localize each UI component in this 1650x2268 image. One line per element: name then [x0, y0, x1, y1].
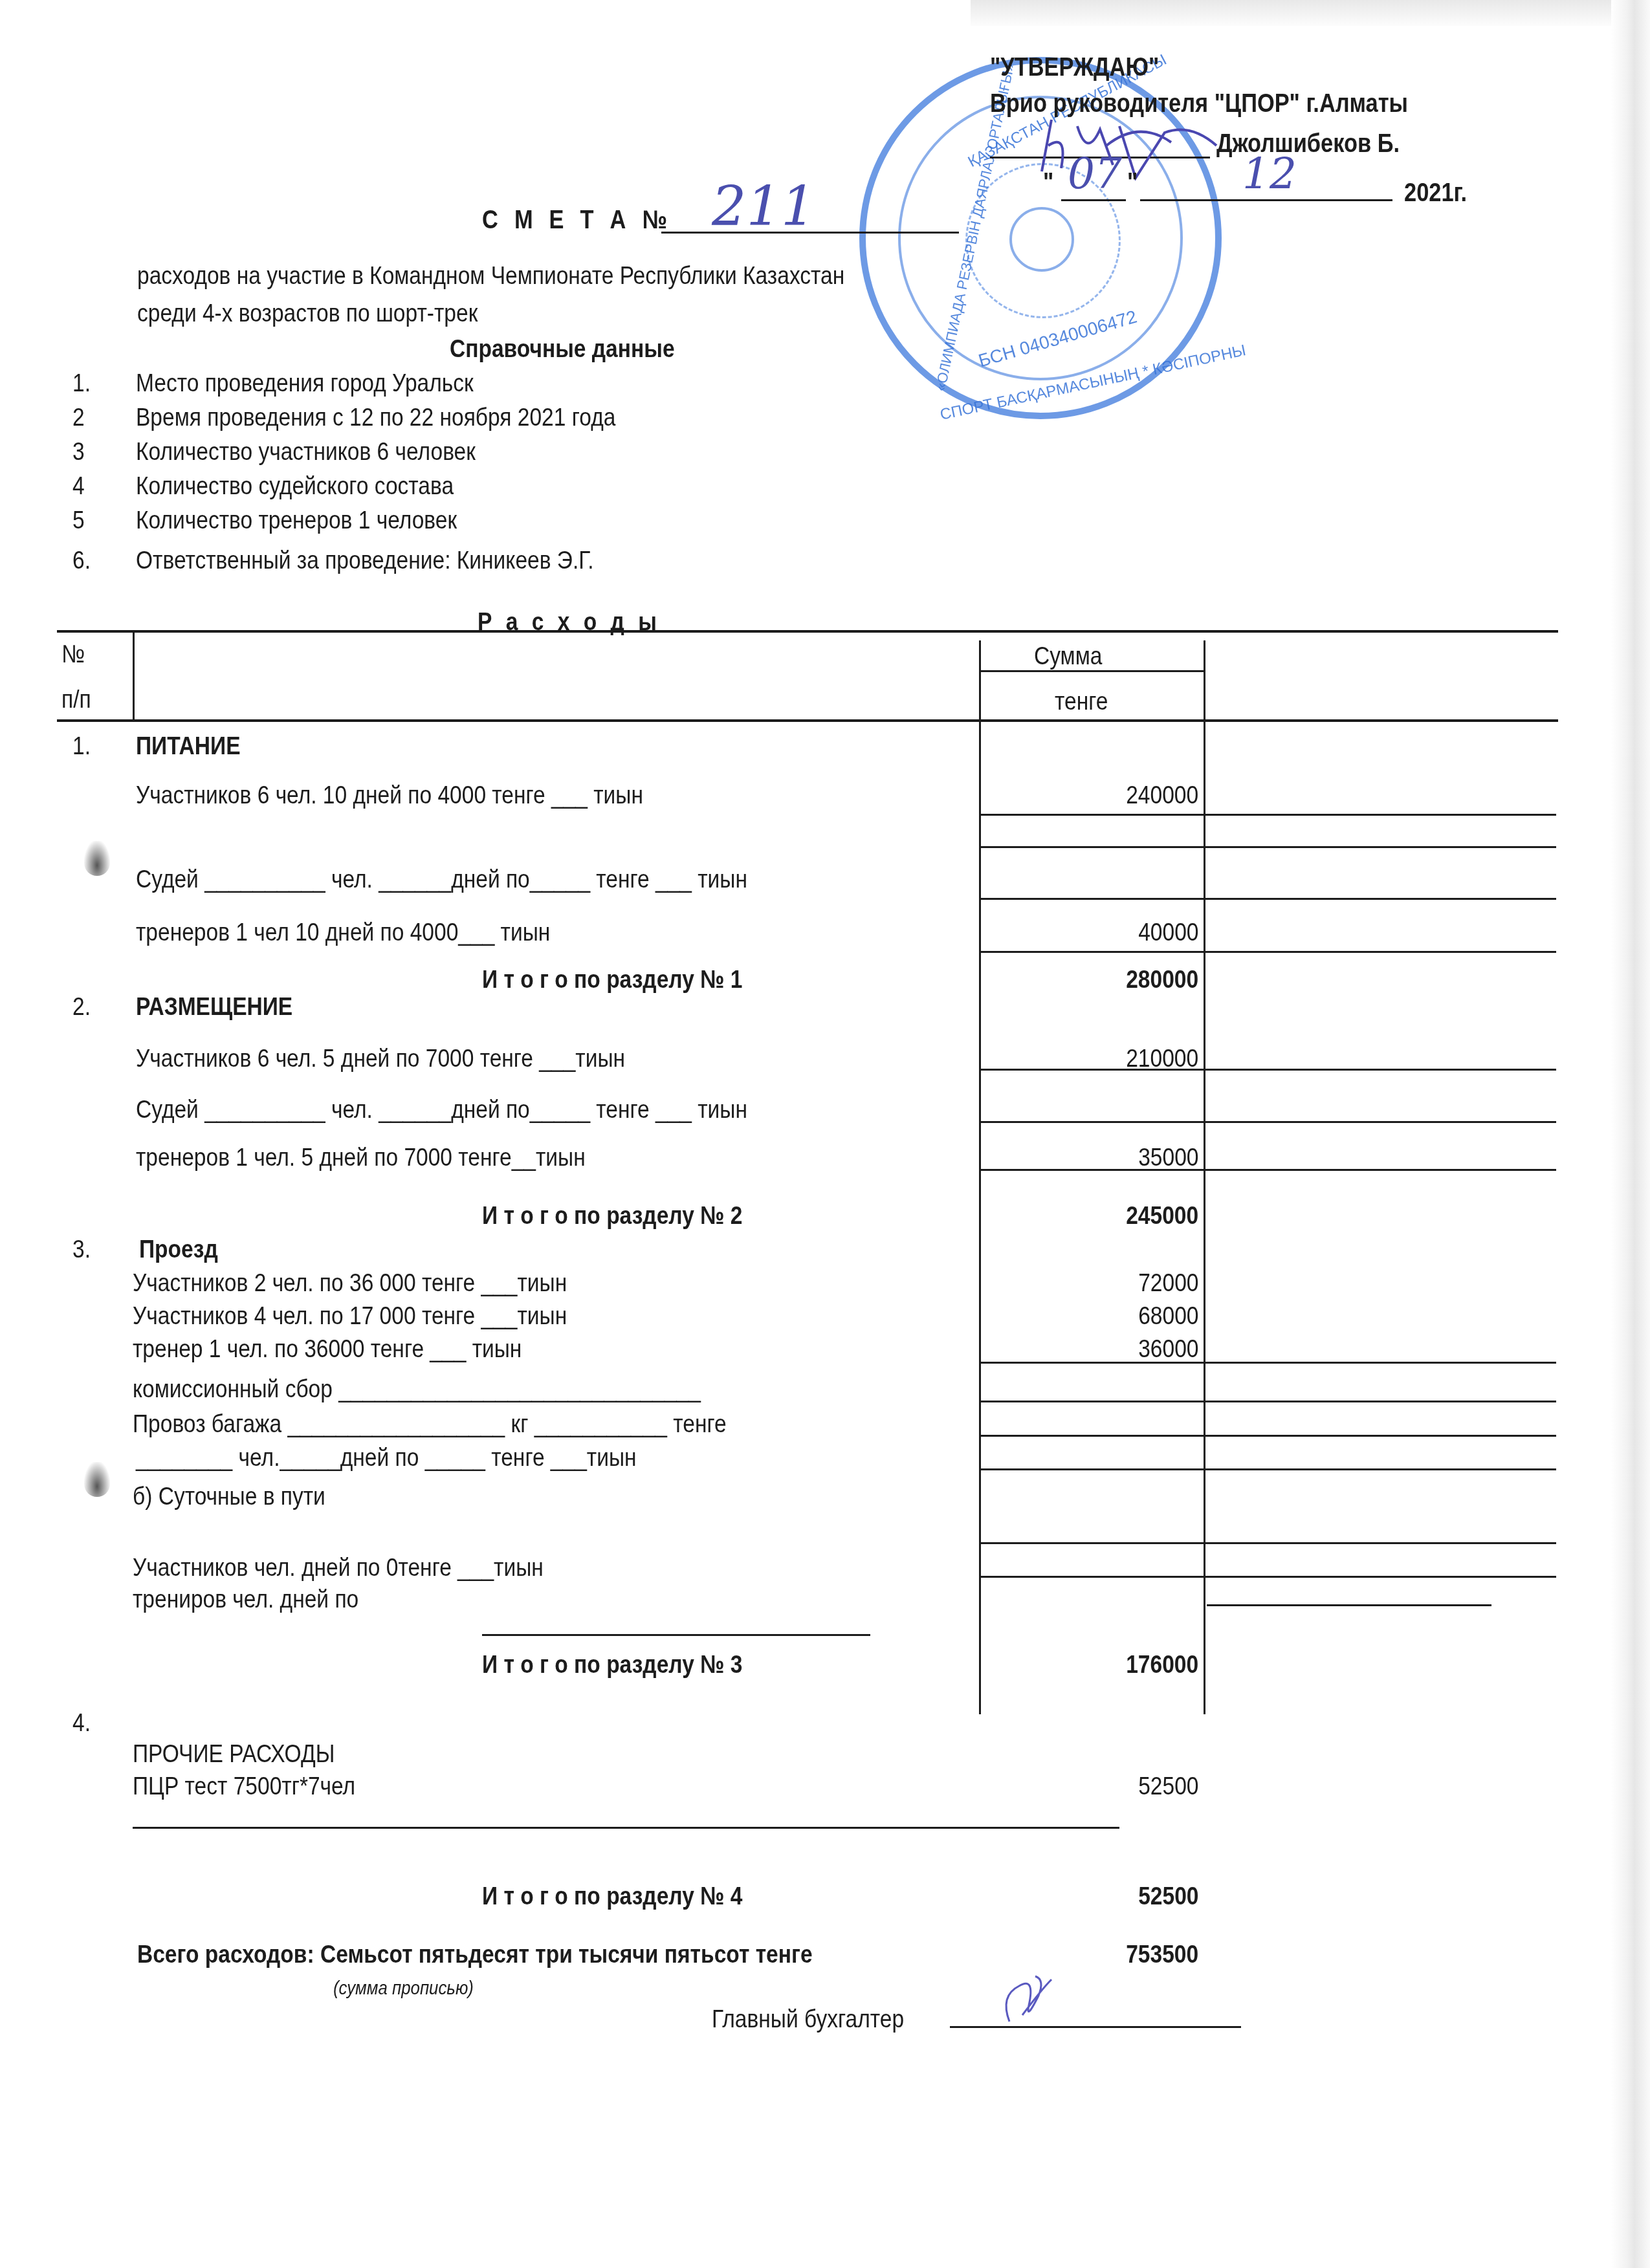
- hole-punch-mark: [84, 841, 110, 876]
- sum-column-right-border: [1204, 640, 1205, 1714]
- grand-total: 753500: [1126, 1941, 1198, 1969]
- header-num-bottom: п/п: [61, 686, 91, 714]
- reference-item: Количество участников 6 человек: [136, 438, 476, 466]
- section-total: 176000: [1126, 1651, 1198, 1679]
- reference-num: 5: [72, 507, 85, 535]
- reference-item: Количество тренеров 1 человек: [136, 507, 457, 535]
- row-divider: [980, 846, 1556, 848]
- section-total-label: И т о г о по разделу № 1: [482, 966, 743, 994]
- section-num: 3.: [72, 1236, 91, 1264]
- document-title: С М Е Т А №: [482, 206, 672, 235]
- reference-num: 3: [72, 438, 85, 466]
- paper-edge-right: [1611, 0, 1650, 2268]
- handwritten-date-day: 07: [1068, 149, 1122, 199]
- accountant-label: Главный бухгалтер: [712, 2005, 904, 2034]
- section-4-divider: [133, 1827, 1119, 1829]
- reference-item: Количество судейского состава: [136, 472, 454, 501]
- date-quote-close: ": [1127, 168, 1138, 197]
- handwritten-document-number: 211: [712, 175, 815, 238]
- section-total-label: И т о г о по разделу № 2: [482, 1202, 743, 1230]
- in-words-note: (сумма прописью): [333, 1978, 474, 2000]
- section-total-label: И т о г о по разделу № 4: [482, 1882, 743, 1911]
- expense-item: Участников 4 чел. по 17 000 тенге ___тиы…: [133, 1302, 567, 1331]
- expense-amount: 36000: [1138, 1335, 1198, 1364]
- approval-title: "УТВЕРЖДАЮ": [990, 53, 1159, 82]
- expense-amount: 35000: [1138, 1144, 1198, 1172]
- document-subtitle-line2: среди 4-х возрастов по шорт-трек: [137, 300, 478, 328]
- row-divider: [980, 1121, 1556, 1123]
- reference-num: 4: [72, 472, 85, 501]
- expense-amount: 68000: [1138, 1302, 1198, 1331]
- date-year: 2021г.: [1404, 179, 1467, 208]
- reference-heading: Справочные данные: [450, 335, 675, 364]
- section-total: 52500: [1138, 1882, 1198, 1911]
- handwritten-date-month: 12: [1242, 149, 1297, 199]
- date-month-line: [1140, 199, 1392, 201]
- section-total: 280000: [1126, 966, 1198, 994]
- expense-item: Судей __________ чел. ______дней по_____…: [136, 866, 747, 894]
- expense-item: ________ чел._____дней по _____ тенге __…: [136, 1444, 637, 1472]
- table-top-border: [57, 630, 1558, 633]
- document-subtitle-line1: расходов на участие в Командном Чемпиона…: [137, 262, 844, 290]
- header-num-top: №: [61, 640, 85, 669]
- reference-num: 2: [72, 404, 85, 432]
- expense-item: ПЦР тест 7500тг*7чел: [133, 1772, 355, 1801]
- num-column-divider: [133, 631, 135, 721]
- expense-amount: 52500: [1138, 1772, 1198, 1801]
- expense-item: трениров чел. дней по: [133, 1586, 358, 1614]
- row-divider: [980, 1401, 1556, 1402]
- expense-item: тренеров 1 чел 10 дней по 4000___ тиын: [136, 919, 550, 947]
- total-underline: [482, 1634, 870, 1636]
- expense-item: Провоз багажа __________________ кг ____…: [133, 1410, 727, 1439]
- expense-item: Участников 2 чел. по 36 000 тенге ___тиы…: [133, 1269, 567, 1298]
- row-divider: [980, 1542, 1556, 1544]
- row-divider: [980, 1362, 1556, 1364]
- hole-punch-mark: [84, 1462, 110, 1497]
- paper-edge-top: [971, 0, 1650, 26]
- expense-amount: 72000: [1138, 1269, 1198, 1298]
- sum-column-left-border: [979, 640, 981, 1714]
- section-num: 1.: [72, 732, 91, 761]
- reference-item: Ответственный за проведение: Киникеев Э.…: [136, 547, 594, 575]
- row-divider: [980, 1435, 1556, 1437]
- reference-num: 6.: [72, 547, 91, 575]
- emblem-core: [1009, 207, 1074, 272]
- row-divider-short: [1207, 1604, 1491, 1606]
- grand-total-label: Всего расходов: Семьсот пятьдесят три ты…: [137, 1941, 813, 1969]
- expense-item: тренеров 1 чел. 5 дней по 7000 тенге__ти…: [136, 1144, 586, 1172]
- date-quote-open: ": [1043, 168, 1053, 197]
- reference-item: Время проведения с 12 по 22 ноября 2021 …: [136, 404, 615, 432]
- expense-item: б) Суточные в пути: [133, 1483, 325, 1511]
- expense-item: тренер 1 чел. по 36000 тенге ___ тиын: [133, 1335, 522, 1364]
- row-divider: [980, 814, 1556, 816]
- expense-item: комиссионный сбор ______________________…: [133, 1375, 701, 1404]
- row-divider: [980, 1576, 1556, 1578]
- expense-amount: 210000: [1126, 1045, 1198, 1073]
- row-divider: [980, 898, 1556, 900]
- section-title: ПИТАНИЕ: [136, 732, 241, 761]
- date-day-line: [1061, 199, 1126, 201]
- reference-num: 1.: [72, 369, 91, 398]
- expense-item: Участников 6 чел. 10 дней по 4000 тенге …: [136, 781, 643, 810]
- section-num: 2.: [72, 993, 91, 1021]
- section-title: ПРОЧИЕ РАСХОДЫ: [133, 1740, 335, 1769]
- row-divider: [980, 1468, 1556, 1470]
- expense-item: Участников чел. дней по 0тенге ___тиын: [133, 1554, 544, 1582]
- row-divider: [980, 1069, 1556, 1071]
- row-divider: [980, 1169, 1556, 1171]
- expense-item: Судей __________ чел. ______дней по_____…: [136, 1096, 747, 1124]
- row-divider: [980, 951, 1556, 953]
- header-sum-bottom: тенге: [1055, 688, 1108, 716]
- expense-amount: 40000: [1138, 919, 1198, 947]
- accountant-signature-line: [950, 2026, 1241, 2028]
- accountant-signature: [996, 1970, 1061, 2028]
- section-title: РАЗМЕЩЕНИЕ: [136, 993, 292, 1021]
- section-total: 245000: [1126, 1202, 1198, 1230]
- expense-item: Участников 6 чел. 5 дней по 7000 тенге _…: [136, 1045, 625, 1073]
- table-header-border: [57, 719, 1558, 722]
- section-title: Проезд: [139, 1236, 218, 1264]
- section-num: 4.: [72, 1709, 91, 1738]
- section-total-label: И т о г о по разделу № 3: [482, 1651, 743, 1679]
- header-sum-top: Сумма: [1034, 642, 1102, 671]
- expense-amount: 240000: [1126, 781, 1198, 810]
- reference-item: Место проведения город Уральск: [136, 369, 474, 398]
